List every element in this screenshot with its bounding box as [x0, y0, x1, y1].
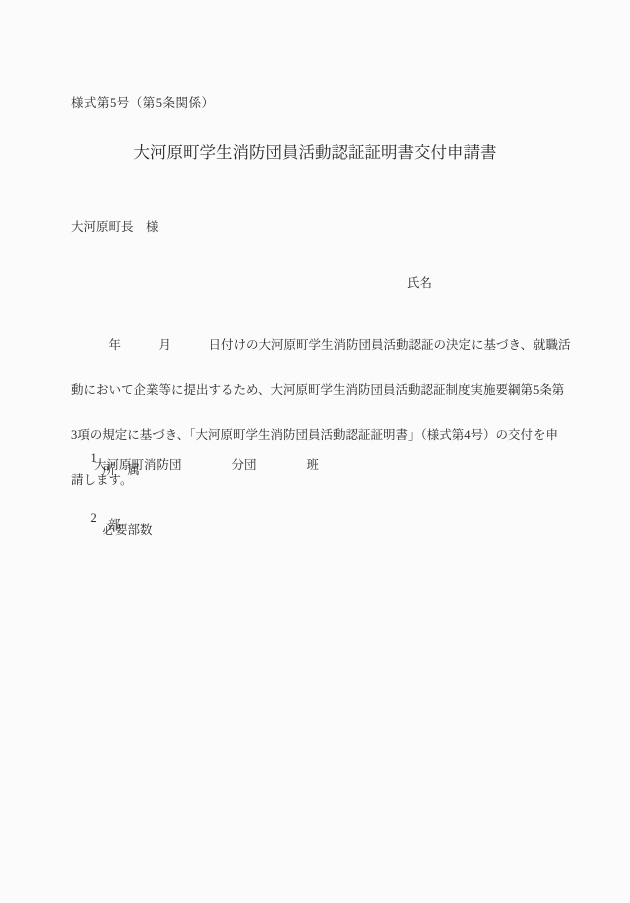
- body-line-3: 3項の規定に基づき、「大河原町学生消防団員活動認証証明書」（様式第4号）の交付を…: [71, 425, 571, 445]
- section-1-detail: 大河原町消防団 分団 班: [71, 459, 319, 472]
- section-2-detail: 部: [71, 519, 121, 532]
- document-title: 大河原町学生消防団員活動認証証明書交付申請書: [0, 145, 630, 162]
- name-field-label: 氏名: [407, 277, 432, 290]
- form-number: 様式第5号（第5条関係）: [71, 97, 215, 110]
- body-paragraph: 年 月 日付けの大河原町学生消防団員活動認証の決定に基づき、就職活 動において企…: [71, 310, 571, 515]
- body-line-1: 年 月 日付けの大河原町学生消防団員活動認証の決定に基づき、就職活: [71, 335, 571, 355]
- body-line-2: 動において企業等に提出するため、大河原町学生消防団員活動認証制度実施要綱第5条第: [71, 380, 571, 400]
- body-line-4: 請します。: [71, 470, 571, 490]
- addressee-line: 大河原町長 様: [71, 221, 159, 234]
- application-form-page: 様式第5号（第5条関係） 大河原町学生消防団員活動認証証明書交付申請書 大河原町…: [0, 0, 630, 903]
